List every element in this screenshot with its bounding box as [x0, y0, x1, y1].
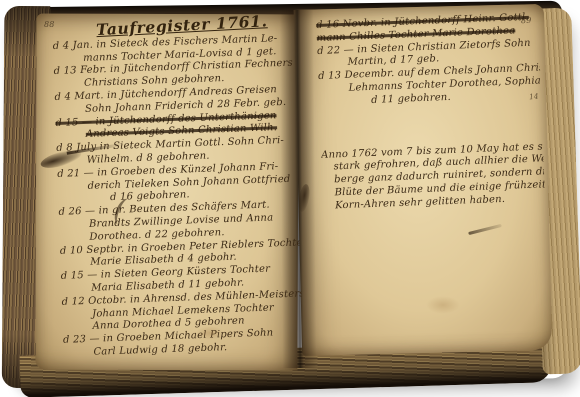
- book-photo: 88 89 14 Taufregister 1761. d 4 Jan. in …: [0, 0, 580, 397]
- frost-note-1762: Anno 1762 vom 7 bis zum 10 May hat es so…: [321, 141, 545, 213]
- left-page-text: Taufregister 1761. d 4 Jan. in Sieteck d…: [52, 16, 304, 361]
- right-page-text: d 16 Novbr. in Jütchendorff Heinr. Gottl…: [316, 11, 545, 213]
